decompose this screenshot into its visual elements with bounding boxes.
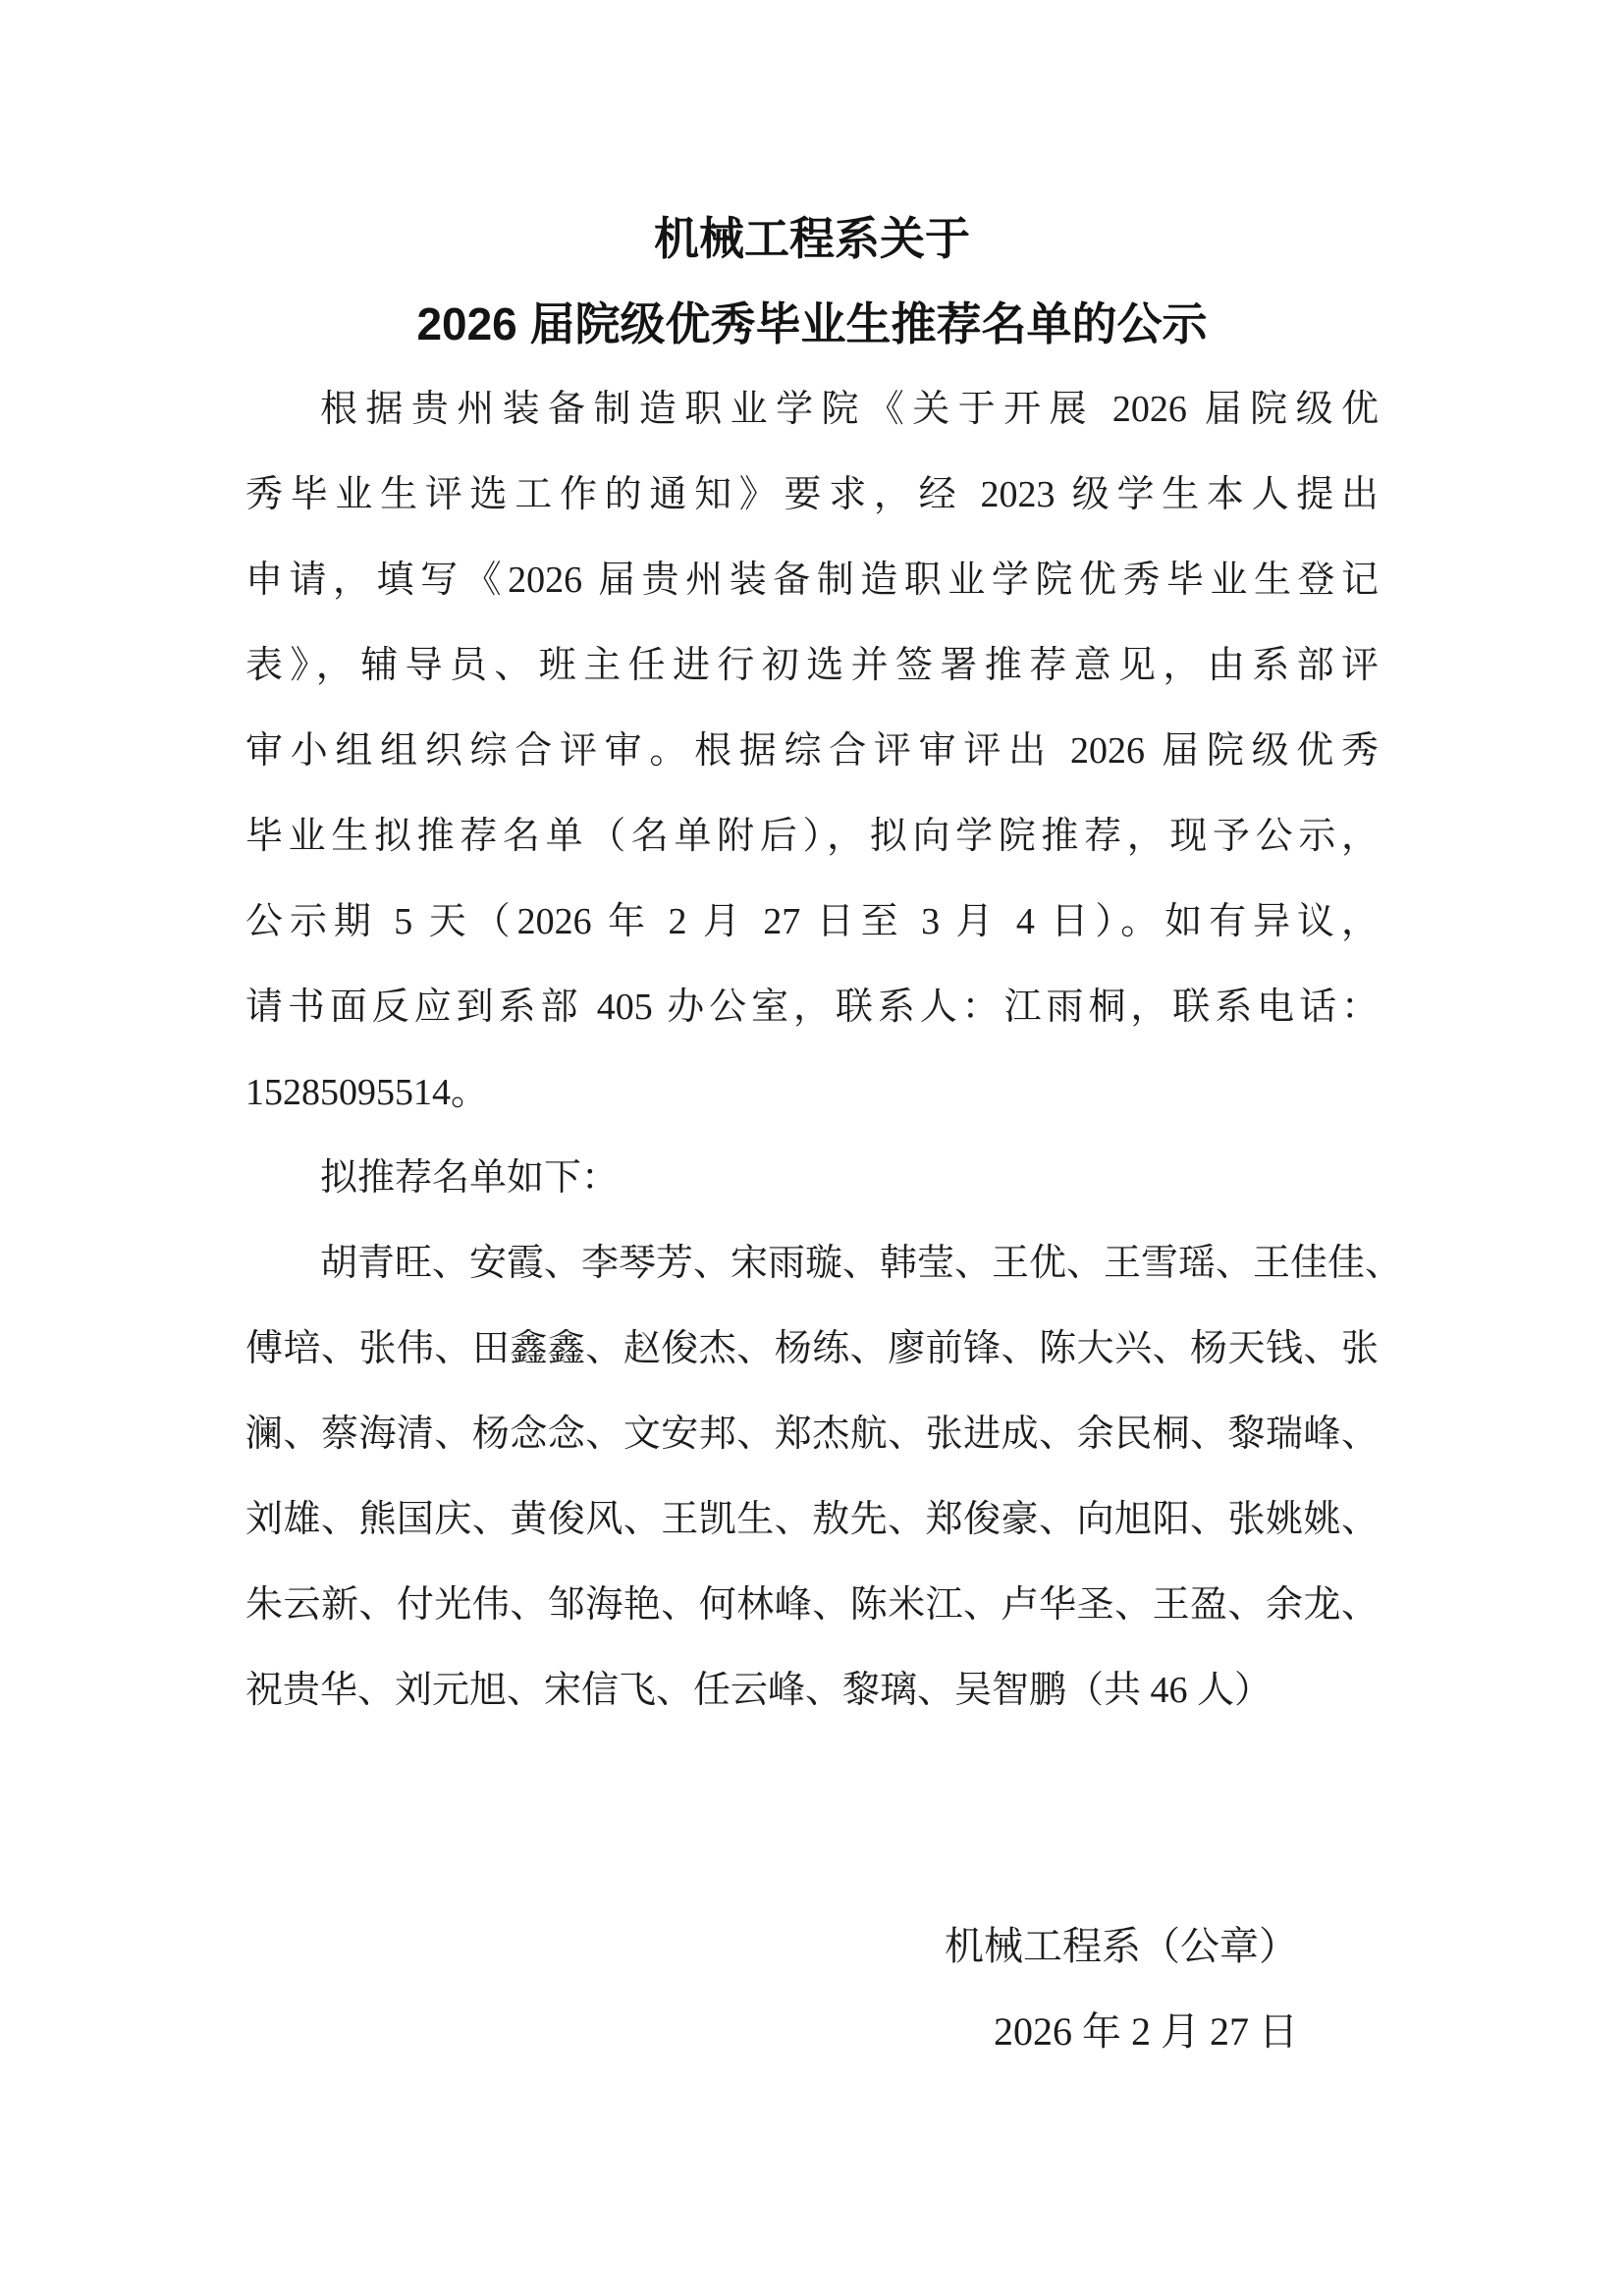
blank-space xyxy=(245,1734,1379,1903)
document-content: 机械工程系关于 2026 届院级优秀毕业生推荐名单的公示 根据贵州装备制造职业学… xyxy=(245,196,1379,2074)
name-list-line: 刘雄、熊国庆、黄俊风、王凯生、敖先、郑俊豪、向旭阳、张姚姚、 xyxy=(245,1477,1379,1563)
body-paragraph-line: 根据贵州装备制造职业学院《关于开展 2026 届院级优 xyxy=(245,367,1379,453)
name-list-line: 祝贵华、刘元旭、宋信飞、任云峰、黎璃、吴智鹏（共 46 人） xyxy=(245,1648,1379,1734)
body-paragraph-line: 毕业生拟推荐名单（名单附后），拟向学院推荐，现予公示， xyxy=(245,794,1379,880)
body-paragraph-line: 表》，辅导员、班主任进行初选并签署推荐意见，由系部评 xyxy=(245,623,1379,709)
body-paragraph-line: 申请，填写《2026 届贵州装备制造职业学院优秀毕业生登记 xyxy=(245,538,1379,623)
name-list-line: 傅培、张伟、田鑫鑫、赵俊杰、杨练、廖前锋、陈大兴、杨天钱、张 xyxy=(245,1307,1379,1392)
signature-date: 2026 年 2 月 27 日 xyxy=(245,1989,1379,2074)
body-paragraph-line: 请书面反应到系部 405 办公室，联系人：江雨桐，联系电话： xyxy=(245,965,1379,1050)
list-intro-line: 拟推荐名单如下： xyxy=(245,1136,1379,1221)
body-paragraph-line: 审小组组织综合评审。根据综合评审评出 2026 届院级优秀 xyxy=(245,709,1379,794)
signature-department: 机械工程系（公章） xyxy=(245,1903,1379,1989)
document-title-line-2: 2026 届院级优秀毕业生推荐名单的公示 xyxy=(245,282,1379,367)
name-list-line: 澜、蔡海清、杨念念、文安邦、郑杰航、张进成、余民桐、黎瑞峰、 xyxy=(245,1392,1379,1477)
document-title-line-1: 机械工程系关于 xyxy=(245,196,1379,282)
name-list-line: 朱云新、付光伟、邹海艳、何林峰、陈米江、卢华圣、王盈、余龙、 xyxy=(245,1563,1379,1648)
document-page: 机械工程系关于 2026 届院级优秀毕业生推荐名单的公示 根据贵州装备制造职业学… xyxy=(0,0,1624,2296)
body-paragraph-line: 15285095514。 xyxy=(245,1050,1379,1136)
body-paragraph-line: 秀毕业生评选工作的通知》要求，经 2023 级学生本人提出 xyxy=(245,453,1379,538)
body-paragraph-line: 公示期 5 天（2026 年 2 月 27 日至 3 月 4 日）。如有异议， xyxy=(245,880,1379,965)
name-list-line: 胡青旺、安霞、李琴芳、宋雨璇、韩莹、王优、王雪瑶、王佳佳、 xyxy=(245,1221,1379,1307)
